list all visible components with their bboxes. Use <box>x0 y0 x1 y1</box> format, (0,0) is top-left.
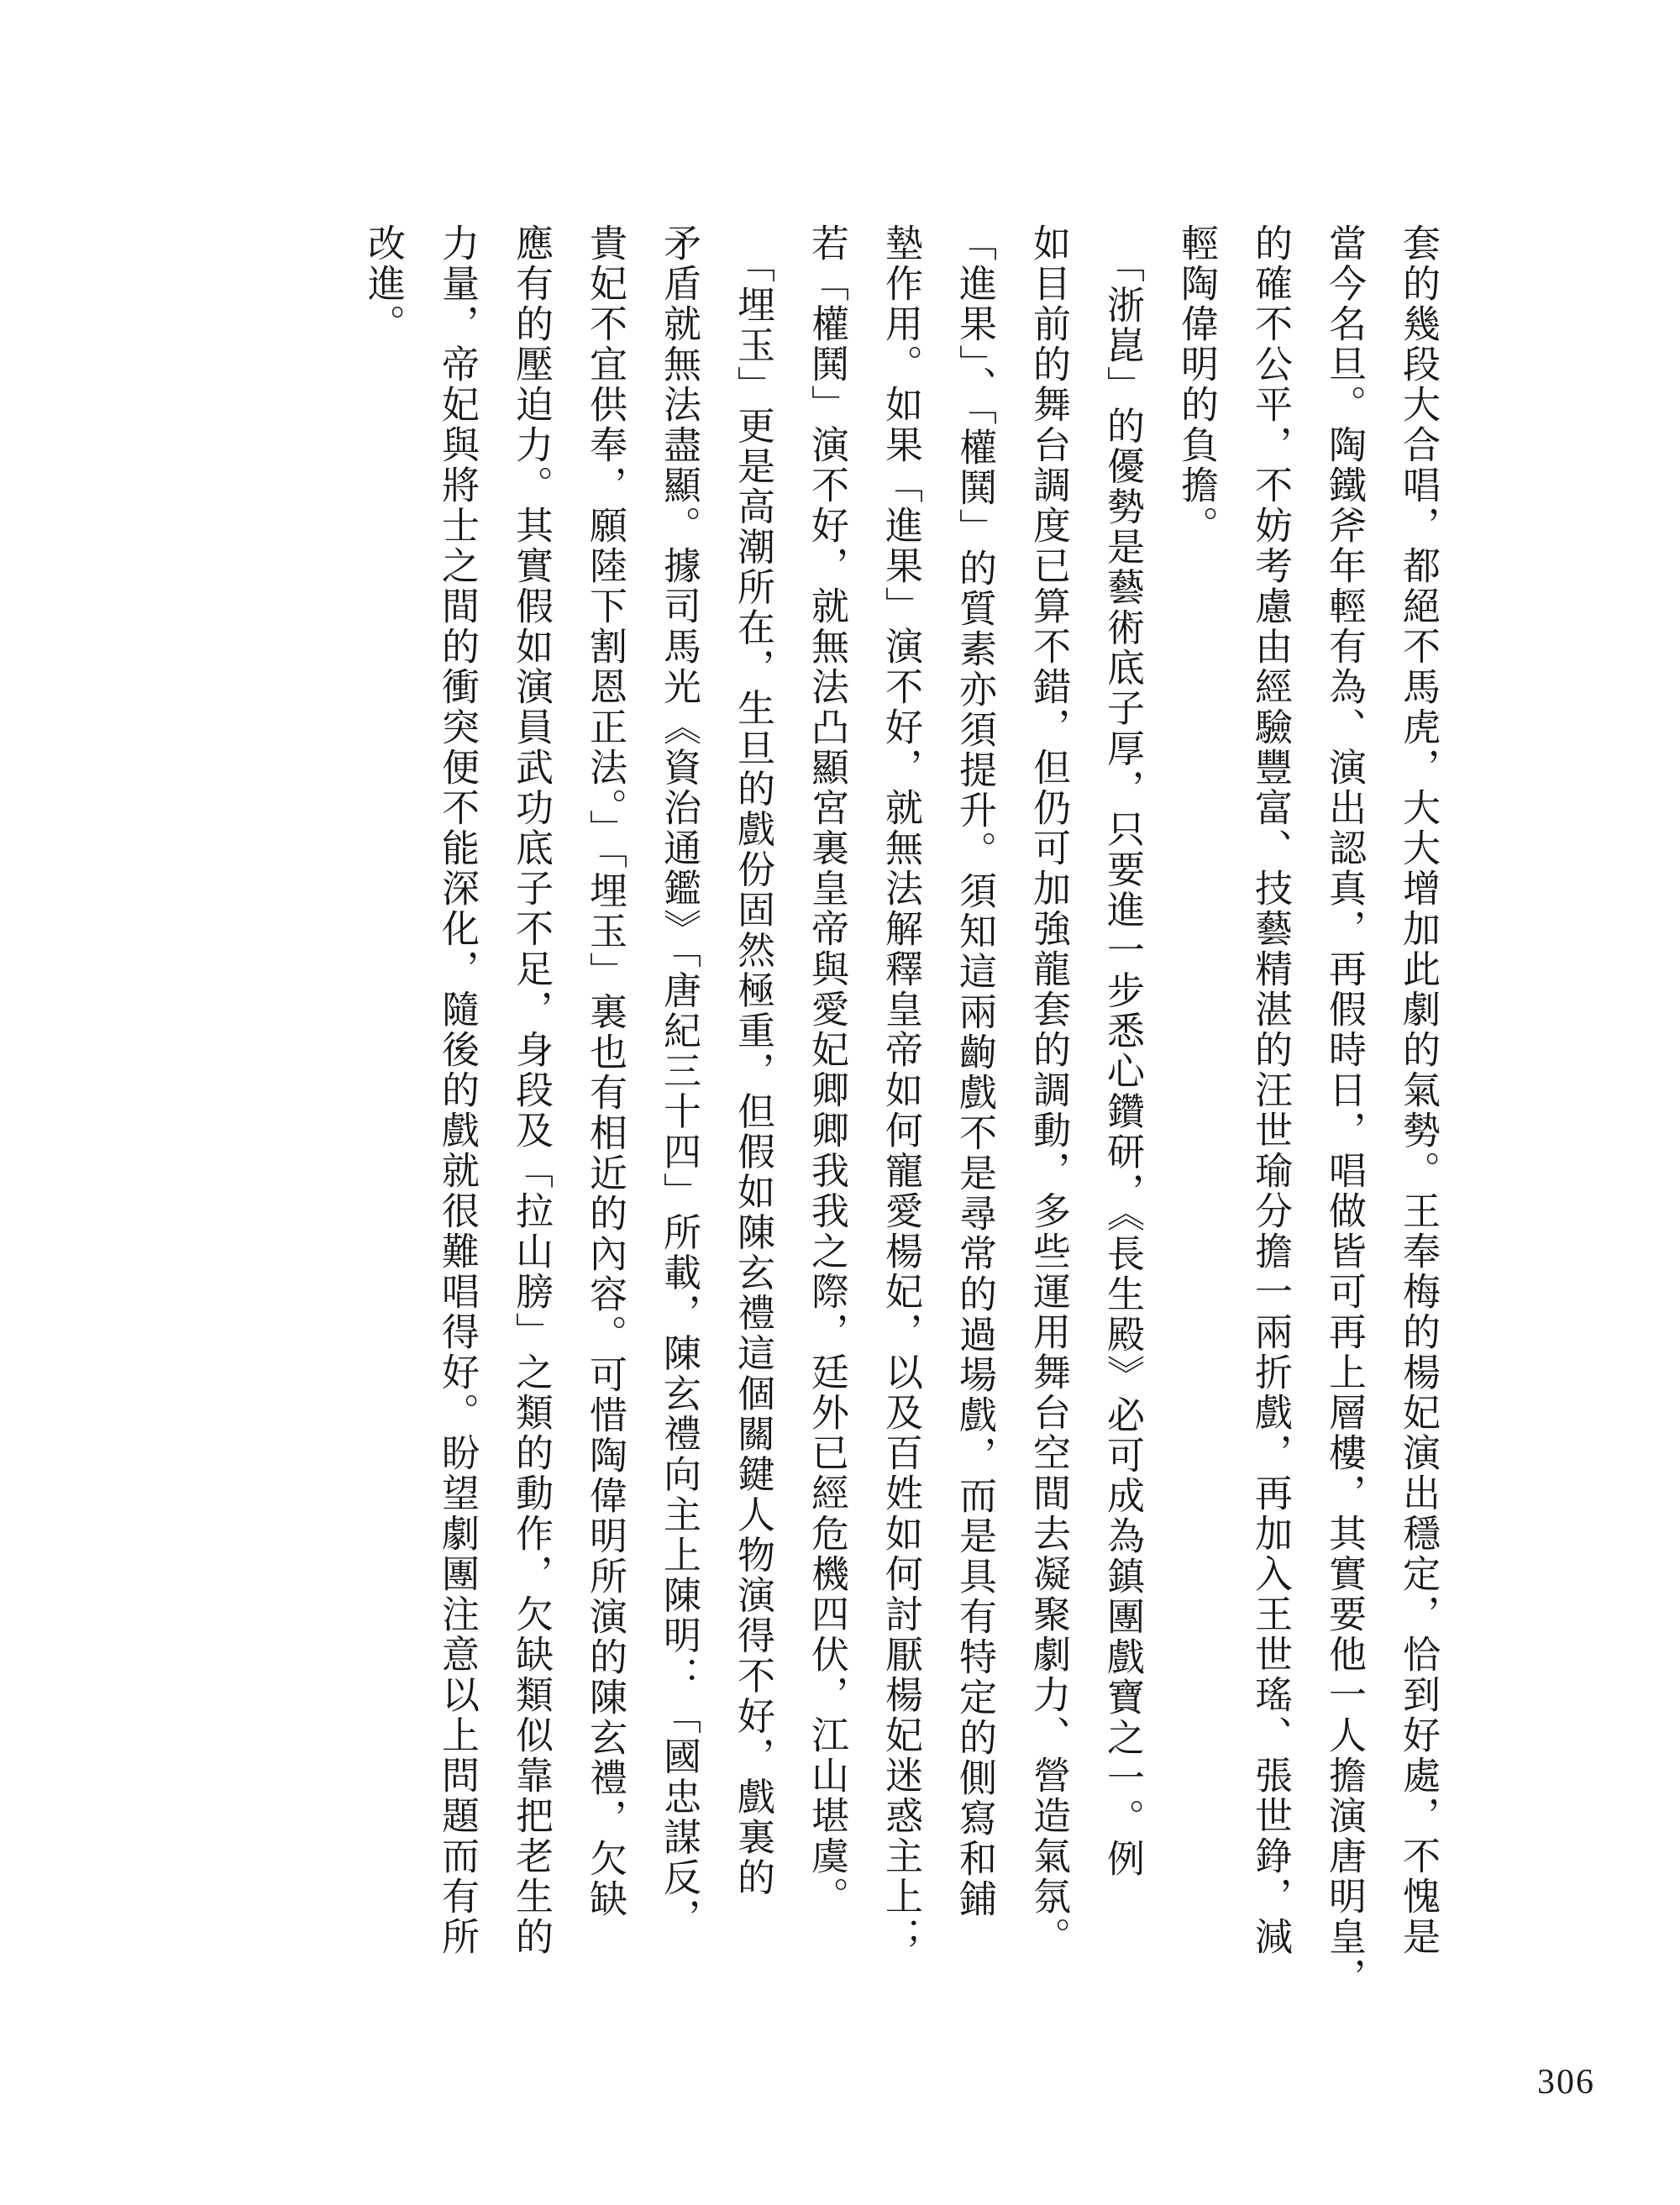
text-column: 若「權鬨」演不好，就無法凸顯宮裏皇帝與愛妃卿卿我我之際，廷外已經危機四伏，江山堪… <box>790 223 864 2014</box>
text-column: 輕陶偉明的負擔。 <box>1159 223 1233 2014</box>
text-column: 貴妃不宜供奉，願陸下割恩正法。」「埋玉」裏也有相近的內容。可惜陶偉明所演的陳玄禮… <box>568 223 642 2014</box>
text-column: 如目前的舞台調度已算不錯，但仍可加強龍套的調動，多些運用舞台空間去凝聚劇力、營造… <box>1011 223 1085 2014</box>
text-column: 墊作用。如果「進果」演不好，就無法解釋皇帝如何寵愛楊妃，以及百姓如何討厭楊妃迷惑… <box>864 223 937 2014</box>
text-column: 力量，帝妃與將士之間的衝突便不能深化，隨後的戲就很難唱得好。盼望劇團注意以上問題… <box>420 223 494 2014</box>
text-column: 「進果」、「權鬨」的質素亦須提升。須知這兩齣戲不是尋常的過場戲，而是具有特定的側… <box>937 223 1011 2014</box>
text-column: 改進。 <box>346 223 420 2014</box>
text-column: 「埋玉」更是高潮所在，生旦的戲份固然極重，但假如陳玄禮這個關鍵人物演得不好，戲裏… <box>716 223 790 2014</box>
page-number: 306 <box>1537 2062 1595 2103</box>
text-column: 應有的壓迫力。其實假如演員武功底子不足，身段及「拉山膀」之類的動作，欠缺類似靠把… <box>494 223 568 2014</box>
text-column: 套的幾段大合唱，都絕不馬虎，大大增加此劇的氣勢。王奉梅的楊妃演出穩定，恰到好處，… <box>1381 223 1455 2014</box>
text-column: 當今名旦。陶鐵斧年輕有為、演出認真，再假時日，唱做皆可再上層樓，其實要他一人擔演… <box>1307 223 1381 2014</box>
text-block: 套的幾段大合唱，都絕不馬虎，大大增加此劇的氣勢。王奉梅的楊妃演出穩定，恰到好處，… <box>346 223 1455 2014</box>
book-page: 套的幾段大合唱，都絕不馬虎，大大增加此劇的氣勢。王奉梅的楊妃演出穩定，恰到好處，… <box>0 0 1680 2205</box>
text-column: 矛盾就無法盡顯。據司馬光《資治通鑑》「唐紀三十四」所載，陳玄禮向主上陳明：「國忠… <box>642 223 716 2014</box>
text-column: 「浙崑」的優勢是藝術底子厚，只要進一步悉心鑽研，《長生殿》必可成為鎮團戲寶之一。… <box>1085 223 1159 2014</box>
text-column: 的確不公平，不妨考慮由經驗豐富、技藝精湛的汪世瑜分擔一兩折戲，再加入王世瑤、張世… <box>1233 223 1307 2014</box>
